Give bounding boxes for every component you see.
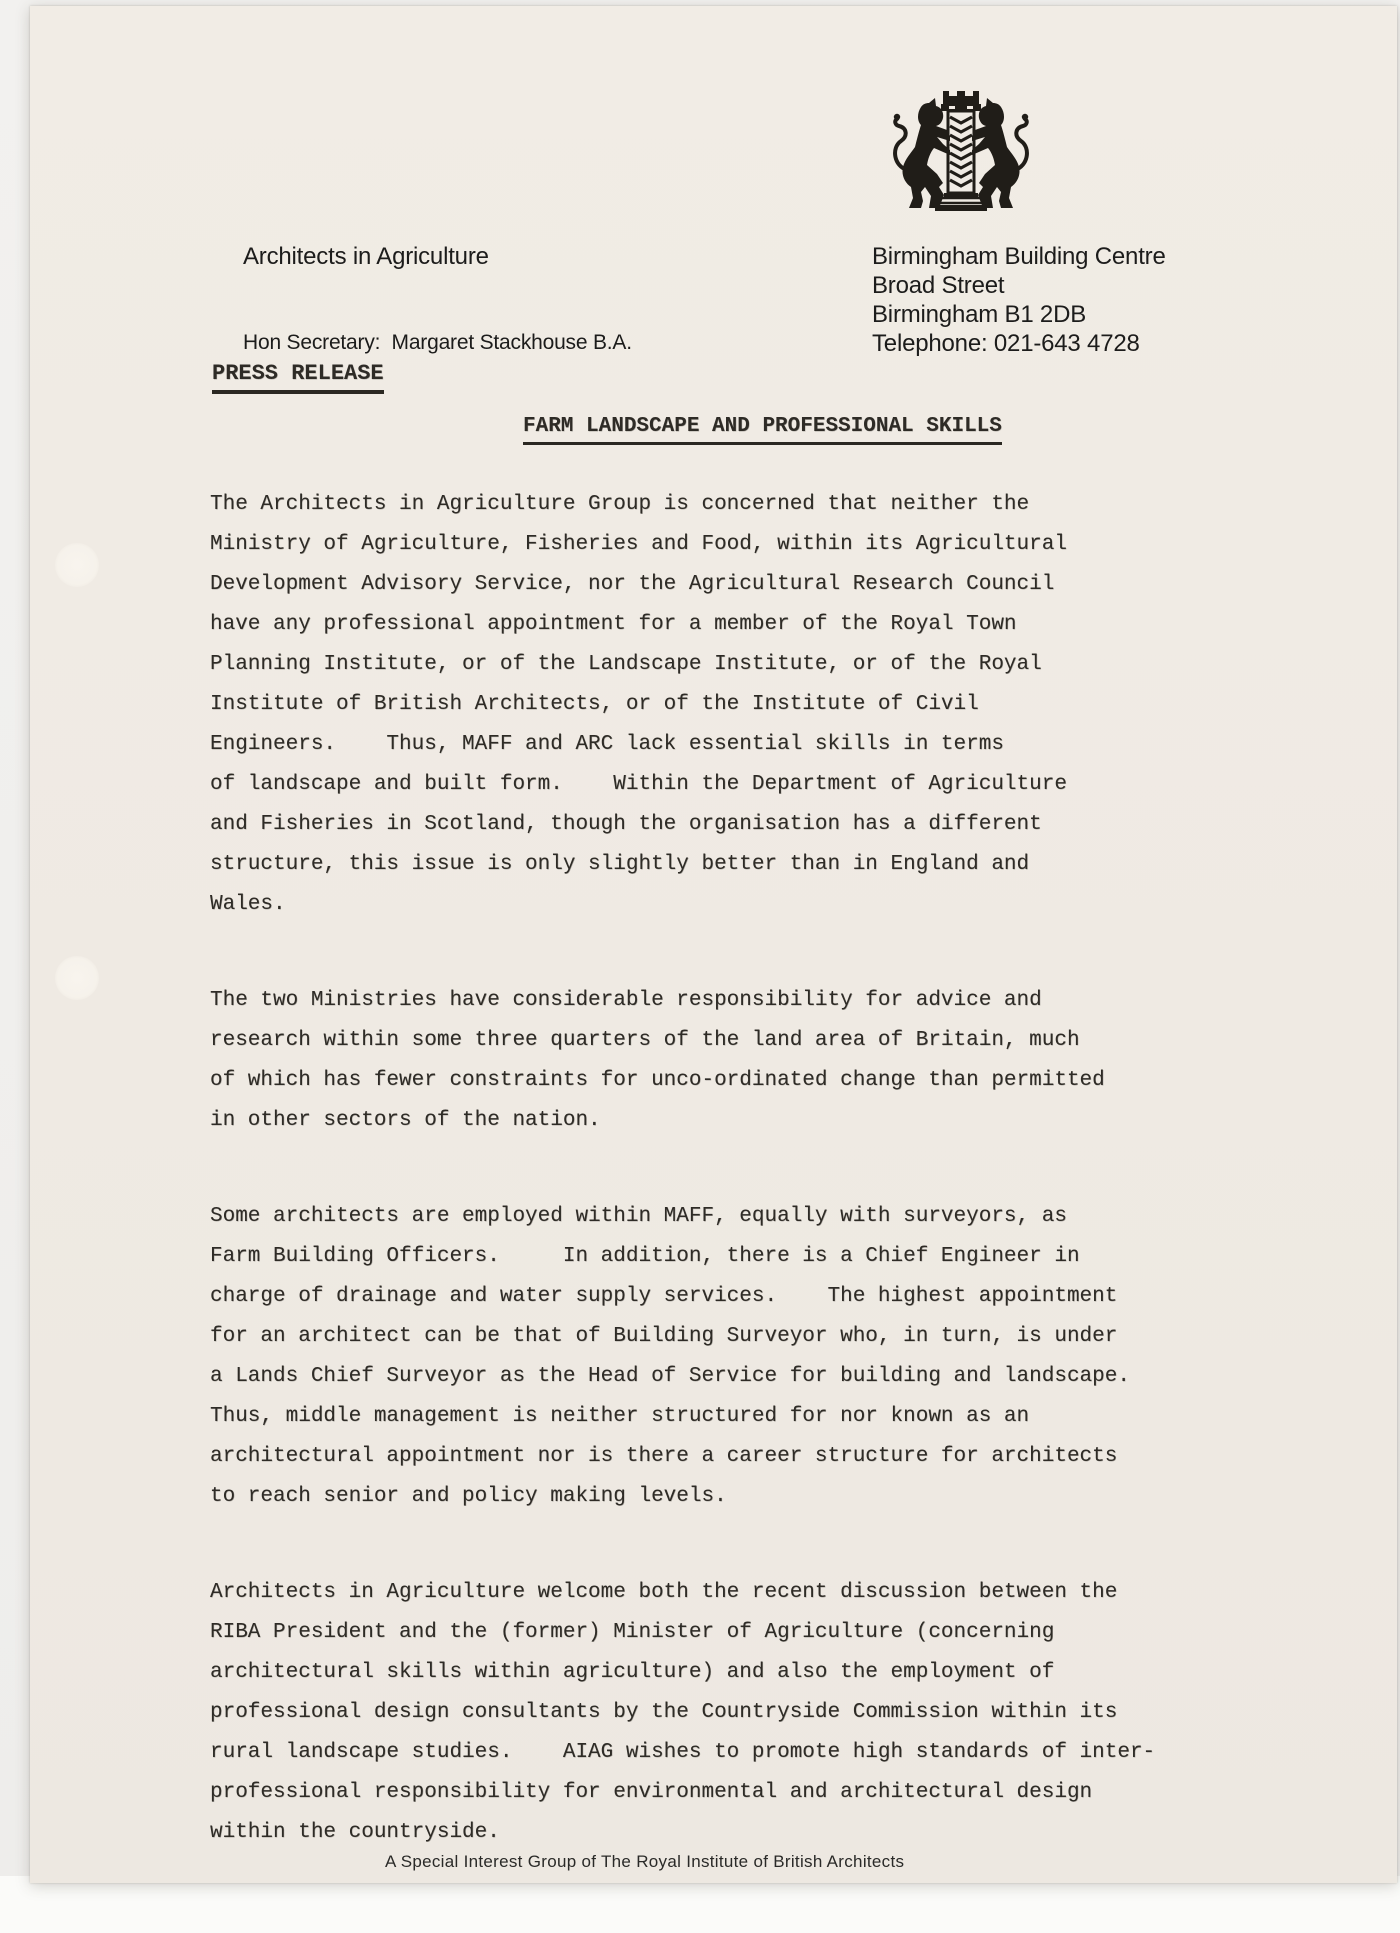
org-name: Architects in Agriculture xyxy=(243,242,489,271)
hon-secretary-line: Hon Secretary: Margaret Stackhouse B.A. xyxy=(243,330,632,356)
footer-note: A Special Interest Group of The Royal In… xyxy=(385,1852,904,1872)
address-block: Birmingham Building Centre Broad Street … xyxy=(872,242,1166,358)
punch-hole-top xyxy=(55,543,99,587)
body-paragraph-2: The two Ministries have considerable res… xyxy=(210,981,1105,1141)
body-paragraph-3: Some architects are employed within MAFF… xyxy=(210,1197,1130,1517)
body-paragraph-4: Architects in Agriculture welcome both t… xyxy=(210,1573,1155,1853)
body-paragraph-1: The Architects in Agriculture Group is c… xyxy=(210,485,1067,925)
punch-hole-bottom xyxy=(55,956,99,1000)
document-title: FARM LANDSCAPE AND PROFESSIONAL SKILLS xyxy=(523,415,1002,445)
riba-lions-crest-logo xyxy=(888,86,1034,214)
letter-page: Architects in Agriculture Birmingham Bui… xyxy=(30,6,1397,1883)
press-release-label: PRESS RELEASE xyxy=(212,362,384,394)
